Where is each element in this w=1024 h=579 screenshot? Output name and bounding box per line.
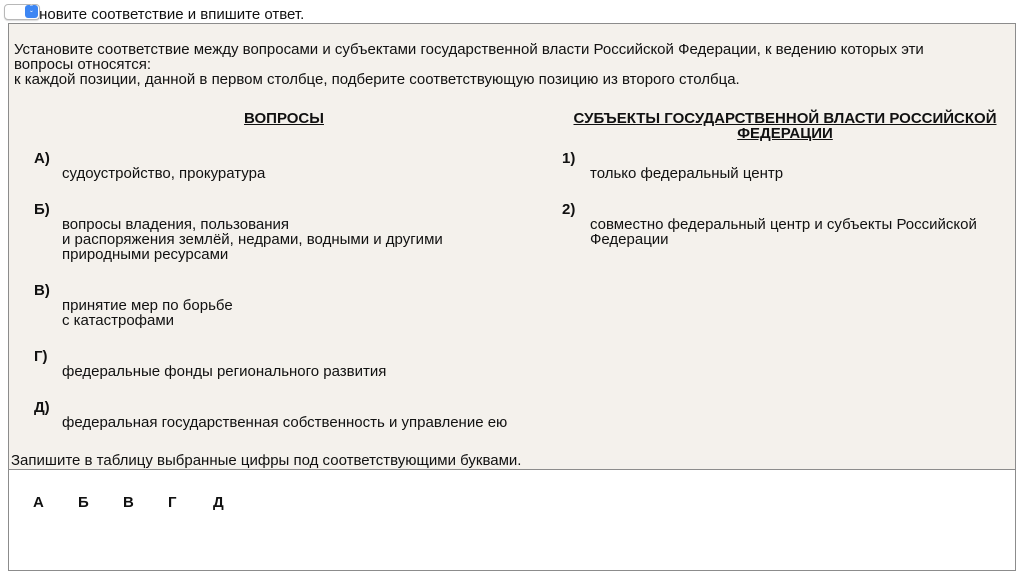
question-letter: В) (34, 283, 233, 298)
answer-column-v: В (123, 495, 168, 510)
question-item: А) судоустройство, прокуратура (34, 151, 265, 181)
task-intro: Установите соответствие между вопросами … (14, 42, 1004, 87)
answer-mode-select[interactable]: ˆˇ (4, 4, 40, 20)
question-text: вопросы владения, пользования (34, 217, 443, 232)
question-text: с катастрофами (34, 313, 233, 328)
subject-item: 1) только федеральный центр (562, 151, 783, 181)
question-text: федеральная государственная собственност… (34, 415, 507, 430)
question-letter: Д) (34, 400, 507, 415)
instruction-header: Установите соответствие и впишите ответ. (8, 6, 304, 24)
intro-line: вопросы относятся: (14, 57, 1004, 72)
subjects-column-title: СУБЪЕКТЫ ГОСУДАРСТВЕННОЙ ВЛАСТИ РОССИЙСК… (561, 111, 1009, 141)
task-panel: Установите соответствие между вопросами … (8, 23, 1016, 470)
question-text: судоустройство, прокуратура (34, 166, 265, 181)
question-text: федеральные фонды регионального развития (34, 364, 386, 379)
subject-text: Федерации (562, 232, 977, 247)
answer-column-d: Д (213, 495, 258, 510)
questions-column-title: ВОПРОСЫ (184, 111, 384, 126)
subject-text: только федеральный центр (562, 166, 783, 181)
intro-line: к каждой позиции, данной в первом столбц… (14, 72, 1004, 87)
question-item: Б) вопросы владения, пользования и распо… (34, 202, 443, 262)
question-text: принятие мер по борьбе (34, 298, 233, 313)
answer-table: А Б В Г Д (8, 469, 1016, 571)
answer-header-row: А Б В Г Д (33, 495, 258, 510)
question-text: природными ресурсами (34, 247, 443, 262)
question-letter: Б) (34, 202, 443, 217)
subject-number: 1) (562, 151, 783, 166)
answer-column-a: А (33, 495, 78, 510)
question-letter: Г) (34, 349, 386, 364)
question-item: Д) федеральная государственная собственн… (34, 400, 507, 430)
subject-item: 2) совместно федеральный центр и субъект… (562, 202, 977, 247)
answer-column-b: Б (78, 495, 123, 510)
subject-text: совместно федеральный центр и субъекты Р… (562, 217, 977, 232)
question-letter: А) (34, 151, 265, 166)
updown-chevron-icon: ˆˇ (25, 5, 38, 18)
question-text: и распоряжения землёй, недрами, водными … (34, 232, 443, 247)
intro-line: Установите соответствие между вопросами … (14, 42, 1004, 57)
subject-number: 2) (562, 202, 977, 217)
answer-instruction: Запишите в таблицу выбранные цифры под с… (11, 453, 521, 468)
question-item: Г) федеральные фонды регионального разви… (34, 349, 386, 379)
question-item: В) принятие мер по борьбе с катастрофами (34, 283, 233, 328)
answer-column-g: Г (168, 495, 213, 510)
